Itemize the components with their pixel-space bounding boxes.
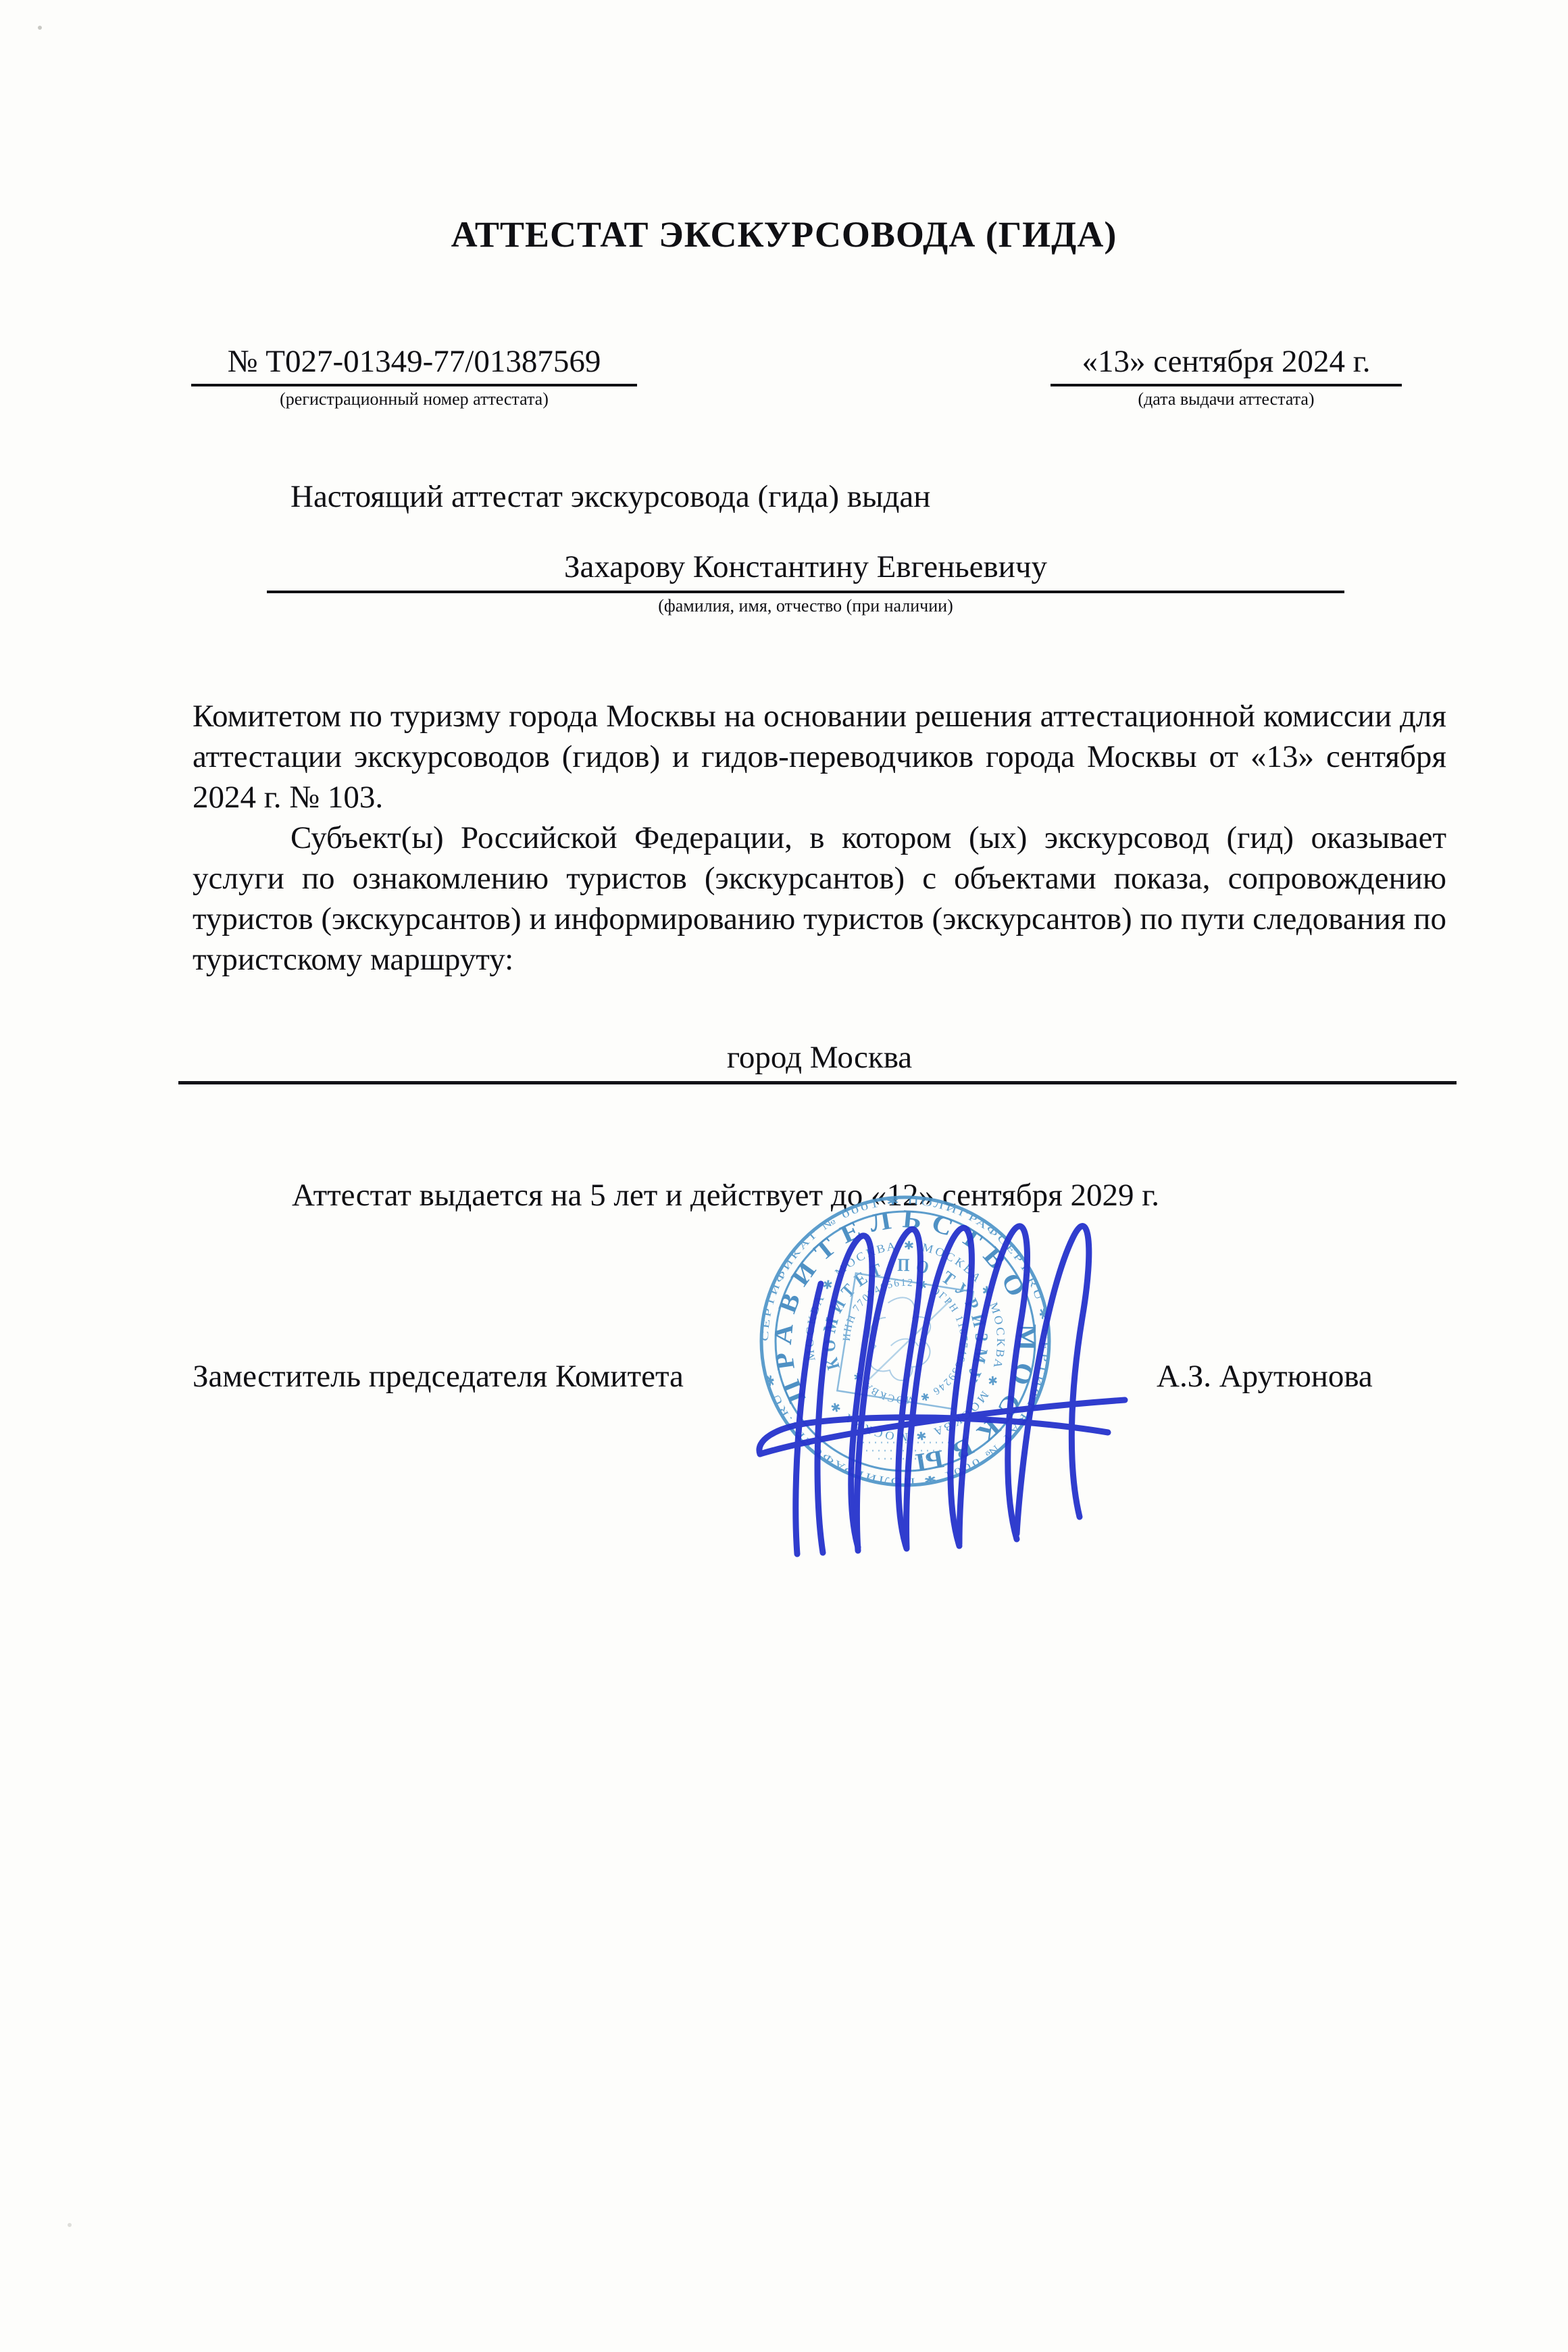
region-underline <box>178 1081 1457 1084</box>
signatory-name: А.З. Арутюнова <box>1157 1358 1373 1395</box>
issue-date-block: «13» сентября 2024 г. (дата выдачи аттес… <box>1051 343 1402 409</box>
registration-block: № Т027-01349-77/01387569 (регистрационны… <box>191 343 637 409</box>
region-value: город Москва <box>193 1039 1446 1076</box>
body-paragraph-subject: Субъект(ы) Российской Федерации, в котор… <box>193 818 1446 980</box>
signature-dot <box>961 1451 968 1457</box>
holder-block: Захарову Константину Евгеньевичу (фамили… <box>267 549 1344 616</box>
stamp-and-signature: СЕРТИФИКАТ № 0001 ✱ ПОЛИГРАФСЕРТ.RU ✱ СЕ… <box>703 1176 1175 1581</box>
certificate-page: АТТЕСТАТ ЭКСКУРСОВОДА (ГИДА) № Т027-0134… <box>0 0 1568 2352</box>
issue-date: «13» сентября 2024 г. <box>1051 343 1402 386</box>
body-paragraph-committee: Комитетом по туризму города Москвы на ос… <box>193 696 1446 818</box>
issue-date-caption: (дата выдачи аттестата) <box>1051 386 1402 409</box>
scan-speck <box>38 26 42 30</box>
holder-name: Захарову Константину Евгеньевичу <box>267 549 1344 593</box>
signatory-position: Заместитель председателя Комитета <box>193 1358 684 1395</box>
registration-caption: (регистрационный номер аттестата) <box>191 386 637 409</box>
holder-caption: (фамилия, имя, отчество (при наличии) <box>267 593 1344 616</box>
issued-to-line: Настоящий аттестат экскурсовода (гида) в… <box>290 478 930 515</box>
scan-speck <box>68 2223 72 2227</box>
page-title: АТТЕСТАТ ЭКСКУРСОВОДА (ГИДА) <box>0 214 1568 255</box>
registration-number: № Т027-01349-77/01387569 <box>191 343 637 386</box>
